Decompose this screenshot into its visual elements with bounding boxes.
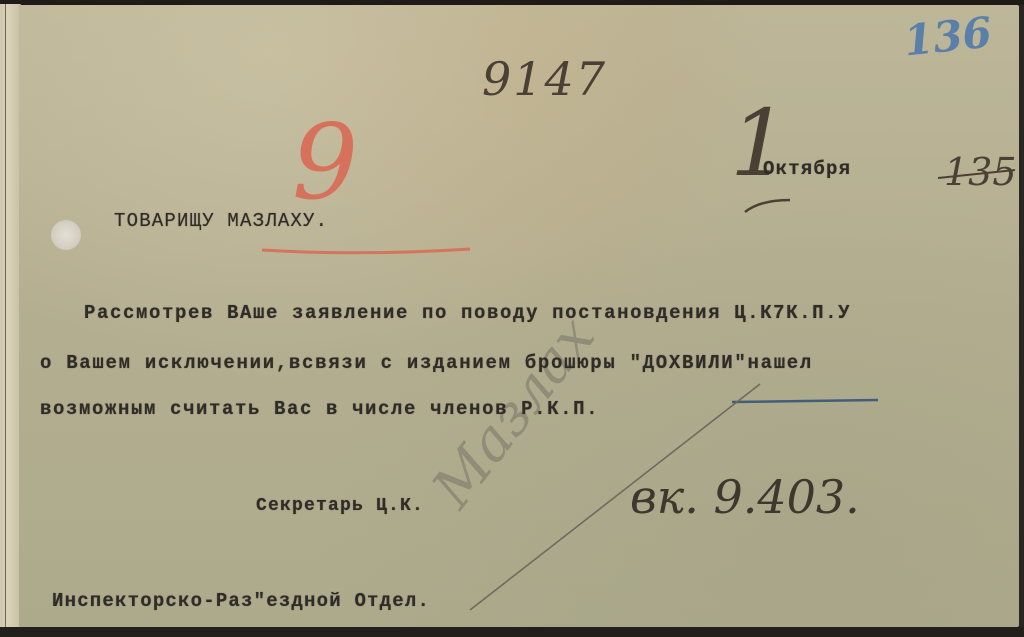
date-month: Октября — [763, 158, 851, 180]
department-name: Инспекторско-Раз"ездной Отдел. — [52, 590, 430, 612]
addressee: ТОВАРИЩУ МАЗЛАХУ. — [114, 210, 328, 232]
red-pencil-mark: 9 — [292, 110, 358, 214]
punch-hole — [51, 220, 81, 250]
secretary-title: Секретарь Ц.К. — [256, 496, 424, 516]
old-page-number: 135 — [944, 150, 1017, 194]
scan-bottom-edge — [0, 627, 1024, 637]
body-line-3: возможным считать Вас в числе членов Р.К… — [40, 398, 599, 420]
archive-page-number: 136 — [902, 8, 994, 66]
binding-line — [5, 4, 6, 637]
body-line-1: Рассмотрев ВАше заявление по поводу пост… — [84, 302, 851, 324]
body-line-2: о Вашем исключении,всвязи с изданием бро… — [40, 352, 813, 374]
secretary-signature: вк. 9.403. — [630, 470, 860, 524]
registry-number: 9147 — [482, 52, 607, 106]
binding-strip — [0, 4, 21, 637]
